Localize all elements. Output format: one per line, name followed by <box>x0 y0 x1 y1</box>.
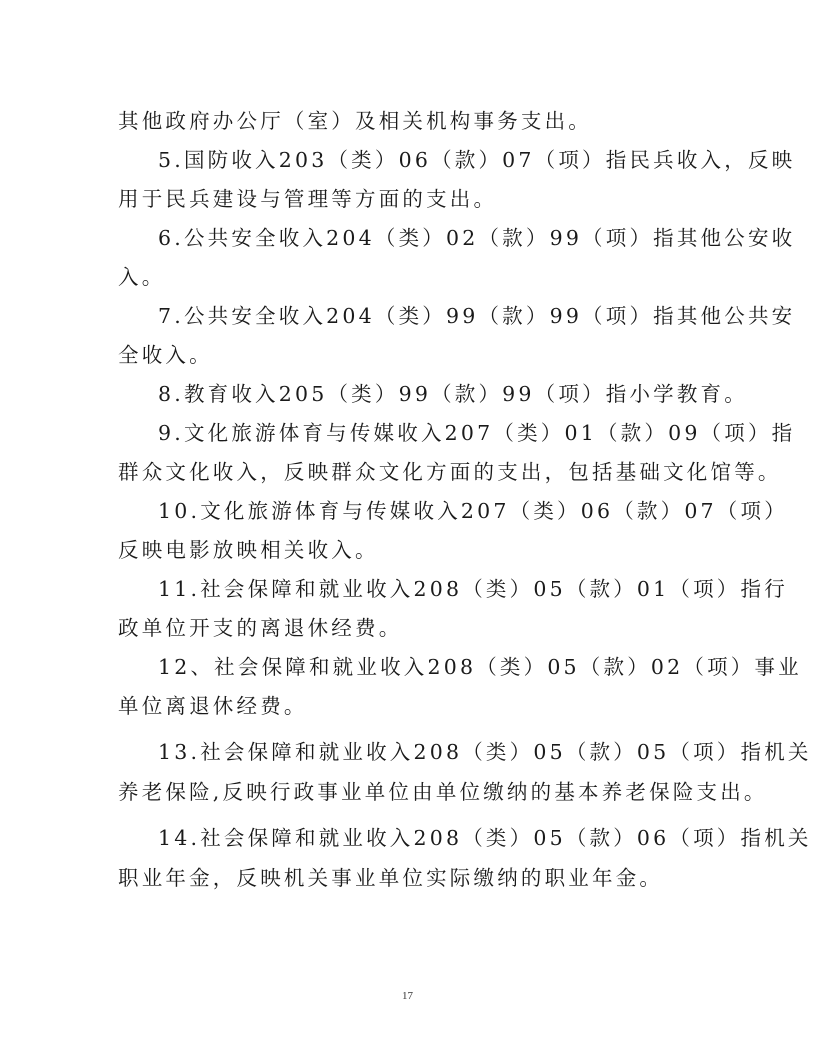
text-line: 群众文化收入，反映群众文化方面的支出，包括基础文化馆等。 <box>118 459 698 485</box>
text-line: 入。 <box>118 264 698 290</box>
text-line: 8.教育收入205（类）99（款）99（项）指小学教育。 <box>158 381 738 407</box>
text-line: 12、社会保障和就业收入208（类）05（款）02（项）事业 <box>158 654 738 680</box>
text-line: 6.公共安全收入204（类）02（款）99（项）指其他公安收 <box>158 225 738 251</box>
text-line: 10.文化旅游体育与传媒收入207（类）06（款）07（项） <box>158 498 738 524</box>
page-number: 17 <box>0 990 815 1002</box>
text-line: 全收入。 <box>118 342 698 368</box>
text-line: 反映电影放映相关收入。 <box>118 537 698 563</box>
text-line: 11.社会保障和就业收入208（类）05（款）01（项）指行 <box>158 576 738 602</box>
text-line: 5.国防收入203（类）06（款）07（项）指民兵收入，反映 <box>158 147 738 173</box>
text-line: 养老保险,反映行政事业单位由单位缴纳的基本养老保险支出。 <box>118 779 698 805</box>
text-line: 14.社会保障和就业收入208（类）05（款）06（项）指机关 <box>158 825 738 851</box>
text-line: 13.社会保障和就业收入208（类）05（款）05（项）指机关 <box>158 739 738 765</box>
text-line: 职业年金，反映机关事业单位实际缴纳的职业年金。 <box>118 865 698 891</box>
text-line: 用于民兵建设与管理等方面的支出。 <box>118 186 698 212</box>
text-line: 其他政府办公厅（室）及相关机构事务支出。 <box>118 108 698 134</box>
document-page: 其他政府办公厅（室）及相关机构事务支出。 5.国防收入203（类）06（款）07… <box>0 0 815 1055</box>
text-line: 9.文化旅游体育与传媒收入207（类）01（款）09（项）指 <box>158 420 738 446</box>
text-line: 7.公共安全收入204（类）99（款）99（项）指其他公共安 <box>158 303 738 329</box>
text-line: 政单位开支的离退休经费。 <box>118 615 698 641</box>
text-line: 单位离退休经费。 <box>118 693 698 719</box>
